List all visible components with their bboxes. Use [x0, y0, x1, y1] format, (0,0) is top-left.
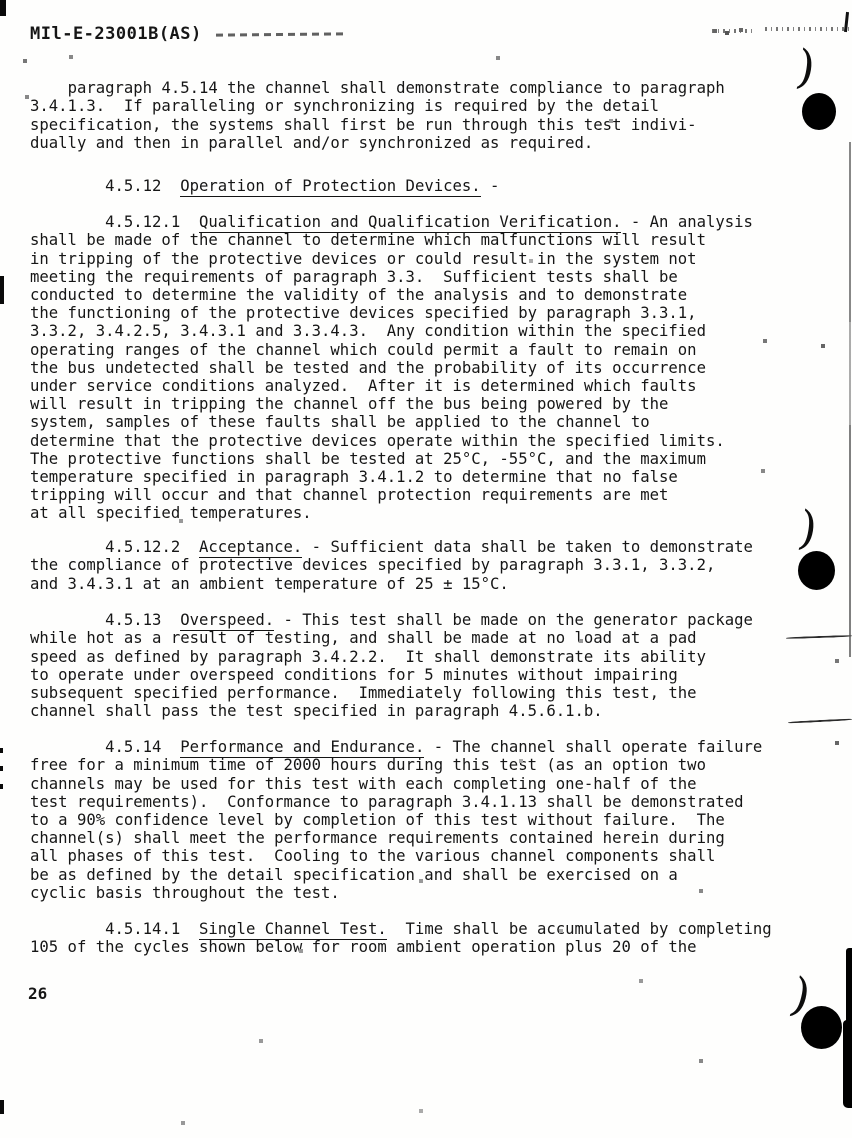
section-number: 4.5.12: [68, 177, 181, 195]
section-number: 4.5.14.1: [68, 920, 199, 938]
film-edge-strip: [846, 948, 852, 1028]
left-edge-mark: [0, 748, 3, 753]
scan-smudge-top: [216, 32, 344, 36]
paragraph-4-5-14: 4.5.14 Performance and Endurance. - The …: [30, 720, 830, 920]
paragraph-4-5-14-1: 4.5.14.1 Single Channel Test. Time shall…: [30, 902, 830, 975]
document-page: MIl-E-23001B(AS) paragraph 4.5.14 the ch…: [0, 0, 852, 1138]
section-title: Performance and Endurance.: [180, 738, 424, 758]
page-number: 26: [28, 984, 47, 1003]
left-edge-mark: [0, 784, 3, 789]
section-text: - An analysis shall be made of the chann…: [30, 213, 753, 522]
section-number: 4.5.12.1: [68, 213, 199, 231]
section-title: Single Channel Test.: [199, 920, 387, 940]
section-title: Acceptance.: [199, 538, 302, 558]
scan-noise-top-right-2: [765, 27, 849, 31]
punch-dot-icon: [801, 1006, 842, 1049]
scan-noise-top-right-1: [712, 29, 754, 33]
scan-speckles: [0, 0, 2, 2]
section-title: Qualification and Qualification Verifica…: [199, 213, 621, 233]
section-number: 4.5.14: [68, 738, 181, 756]
right-edge-line: [849, 142, 851, 657]
punch-dot-icon: [798, 551, 835, 590]
paragraph-4-5-12-1: 4.5.12.1 Qualification and Qualification…: [30, 195, 830, 541]
paragraph-intro-text: paragraph 4.5.14 the channel shall demon…: [30, 79, 725, 152]
left-edge-mark: [0, 1100, 4, 1114]
left-edge-mark: [0, 766, 3, 771]
section-title: Overspeed.: [180, 611, 274, 631]
left-edge-mark: [0, 276, 4, 304]
paragraph-4-5-13: 4.5.13 Overspeed. - This test shall be m…: [30, 593, 830, 739]
paragraph-intro: paragraph 4.5.14 the channel shall demon…: [30, 61, 830, 170]
section-text: - The channel shall operate failure free…: [30, 738, 762, 902]
doc-number: MIl-E-23001B(AS): [30, 24, 202, 44]
section-number: 4.5.13: [68, 611, 181, 629]
film-edge-strip: [843, 1020, 852, 1108]
section-title: Operation of Protection Devices.: [180, 177, 480, 197]
section-number: 4.5.12.2: [68, 538, 199, 556]
left-edge-mark: [0, 0, 6, 16]
section-tail: -: [481, 177, 500, 195]
punch-dot-icon: [802, 93, 836, 130]
